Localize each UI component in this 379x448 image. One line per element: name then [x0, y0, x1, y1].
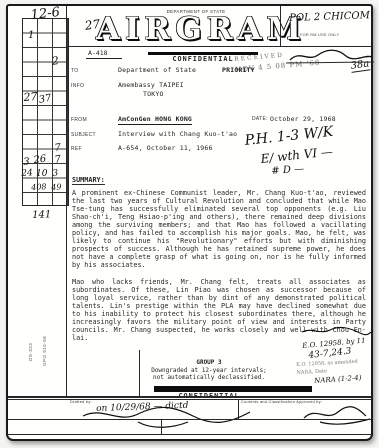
handwritten-mark: 12-6 [30, 5, 61, 23]
handwritten-mark: # D — [271, 164, 304, 177]
handwritten-mark: 26 [33, 154, 47, 166]
handwritten-mark: 49 [51, 182, 62, 192]
handwritten-mark: NARA (1-2-4) [314, 374, 362, 385]
handwritten-mark: 7 [54, 142, 61, 154]
handwritten-mark: 3 [23, 157, 30, 168]
handwritten-mark: 2 [51, 54, 60, 68]
handwritten-mark: 27 [84, 17, 101, 33]
handwritten-mark: 408 [31, 182, 47, 192]
handwritten-mark: 3 [52, 168, 59, 179]
handwritten-mark: 27 [23, 90, 38, 104]
handwritten-mark: 10 [36, 169, 47, 179]
handwritten-mark: POL 2 CHICOM [289, 10, 370, 24]
handwritten-mark: 7 [54, 154, 62, 166]
document-page: DS-323 GPO 915-56 DEPARTMENT OF STATE AI… [6, 4, 373, 441]
handwritten-mark: 37 [38, 93, 52, 106]
handwritten-mark: E/ wth VI — [260, 144, 334, 165]
handwritten-mark: 24 [21, 168, 33, 179]
scanned-airgram-image: DS-323 GPO 915-56 DEPARTMENT OF STATE AI… [0, 0, 379, 448]
handwritten-mark: 141 [32, 209, 51, 221]
handwritten-layer: 12-612273773267241034084914127POL 2 CHIC… [8, 6, 371, 439]
handwritten-mark: on 10/29/68 — dictd [96, 401, 189, 414]
handwritten-mark: 38a [350, 58, 370, 72]
handwritten-mark: 1 [28, 30, 34, 41]
